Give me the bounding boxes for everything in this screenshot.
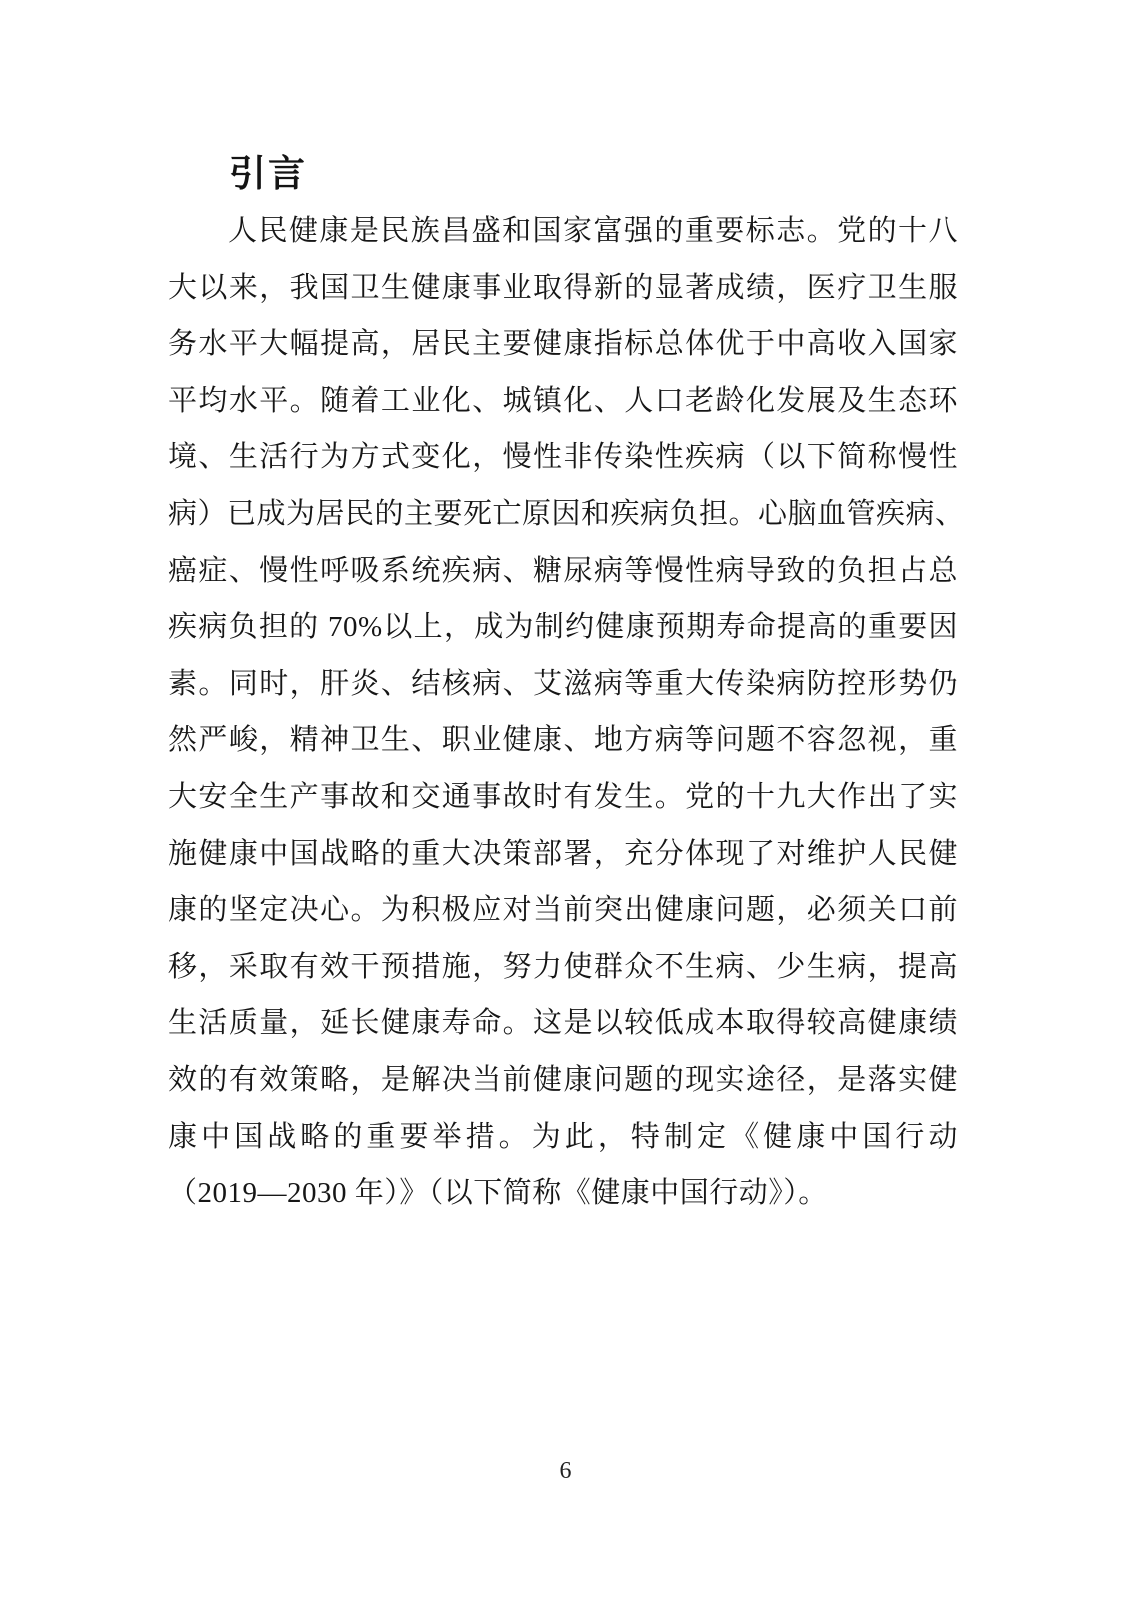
paragraph-line: 人民健康是民族昌盛和国家富强的重要标志。党的十八 [168, 203, 958, 260]
paragraph-line: 大安全生产事故和交通事故时有发生。党的十九大作出了实 [168, 769, 958, 826]
paragraph-line: 施健康中国战略的重大决策部署，充分体现了对维护人民健 [168, 826, 958, 883]
paragraph-line: 然严峻，精神卫生、职业健康、地方病等问题不容忽视，重 [168, 712, 958, 769]
paragraph-line: 平均水平。随着工业化、城镇化、人口老龄化发展及生态环 [168, 373, 958, 430]
paragraph-line: 大以来，我国卫生健康事业取得新的显著成绩，医疗卫生服 [168, 260, 958, 317]
paragraph-line: 移，采取有效干预措施，努力使群众不生病、少生病，提高 [168, 939, 958, 996]
paragraph-line: （2019—2030 年）》（以下简称《健康中国行动》）。 [168, 1165, 958, 1222]
paragraph-line: 境、生活行为方式变化，慢性非传染性疾病（以下简称慢性 [168, 429, 958, 486]
paragraph-line: 效的有效策略，是解决当前健康问题的现实途径，是落实健 [168, 1052, 958, 1109]
paragraph-line: 病）已成为居民的主要死亡原因和疾病负担。心脑血管疾病、 [168, 486, 958, 543]
document-page: 引言 人民健康是民族昌盛和国家富强的重要标志。党的十八 大以来，我国卫生健康事业… [0, 0, 1131, 1600]
paragraph-line: 生活质量，延长健康寿命。这是以较低成本取得较高健康绩 [168, 995, 958, 1052]
body-text: 人民健康是民族昌盛和国家富强的重要标志。党的十八 大以来，我国卫生健康事业取得新… [168, 203, 958, 1222]
paragraph-line: 康的坚定决心。为积极应对当前突出健康问题，必须关口前 [168, 882, 958, 939]
paragraph-line: 康中国战略的重要举措。为此，特制定《健康中国行动 [168, 1109, 958, 1166]
paragraph-line: 疾病负担的 70%以上，成为制约健康预期寿命提高的重要因 [168, 599, 958, 656]
page-number: 6 [0, 1458, 1131, 1485]
paragraph-line: 务水平大幅提高，居民主要健康指标总体优于中高收入国家 [168, 316, 958, 373]
paragraph-line: 癌症、慢性呼吸系统疾病、糖尿病等慢性病导致的负担占总 [168, 543, 958, 600]
paragraph-line: 素。同时，肝炎、结核病、艾滋病等重大传染病防控形势仍 [168, 656, 958, 713]
section-heading: 引言 [229, 143, 307, 197]
